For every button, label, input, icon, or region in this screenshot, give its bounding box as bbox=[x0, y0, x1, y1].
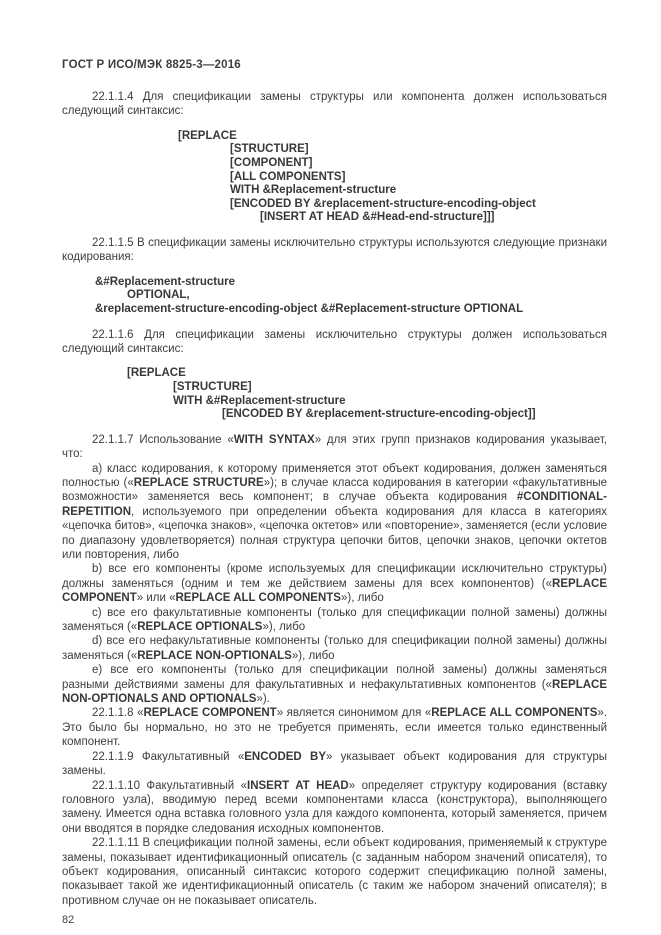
text-run: »), либо bbox=[292, 650, 335, 662]
text-run: 22.1.1.6 Для спецификации замены исключи… bbox=[62, 329, 607, 355]
keyword: REPLACE COMPONENT bbox=[143, 707, 276, 719]
syntax-line: OPTIONAL, bbox=[62, 289, 607, 303]
keyword: REPLACE ALL COMPONENTS bbox=[176, 592, 341, 604]
syntax-line: [STRUCTURE] bbox=[62, 381, 607, 395]
syntax-replace-structure-only: [REPLACE[STRUCTURE]WITH &#Replacement-st… bbox=[62, 367, 607, 421]
syntax-line: [INSERT AT HEAD &#Head-end-structure]]] bbox=[62, 211, 607, 225]
keyword: REPLACE OPTIONALS bbox=[137, 621, 262, 633]
coding-properties-block: &#Replacement-structureOPTIONAL,&replace… bbox=[62, 276, 607, 317]
text-run: »), либо bbox=[262, 621, 305, 633]
list-item-b: b) все его компоненты (кроме используемы… bbox=[62, 562, 607, 605]
clause-22-1-1-11: 22.1.1.11 В спецификации полной замены, … bbox=[62, 836, 607, 908]
syntax-line: [STRUCTURE] bbox=[62, 143, 607, 157]
syntax-line: [ENCODED BY &replacement-structure-encod… bbox=[62, 198, 607, 212]
document-content: 22.1.1.4 Для спецификации замены структу… bbox=[62, 90, 607, 908]
keyword: WITH SYNTAX bbox=[234, 434, 315, 446]
list-item-e: e) все его компоненты (только для специф… bbox=[62, 663, 607, 706]
text-run: b) все его компоненты (кроме используемы… bbox=[62, 563, 607, 589]
keyword: REPLACE STRUCTURE bbox=[134, 477, 264, 489]
text-run: 22.1.1.11 В спецификации полной замены, … bbox=[62, 837, 607, 907]
syntax-line: [REPLACE bbox=[62, 367, 607, 381]
text-run: 22.1.1.5 В спецификации замены исключите… bbox=[62, 237, 607, 263]
syntax-line: WITH &#Replacement-structure bbox=[62, 395, 607, 409]
syntax-line: [COMPONENT] bbox=[62, 157, 607, 171]
clause-22-1-1-6: 22.1.1.6 Для спецификации замены исключи… bbox=[62, 328, 607, 357]
clause-22-1-1-8: 22.1.1.8 «REPLACE COMPONENT» является си… bbox=[62, 706, 607, 749]
syntax-line: WITH &Replacement-structure bbox=[62, 184, 607, 198]
text-run: 22.1.1.10 Факультативный « bbox=[92, 780, 247, 792]
syntax-line: [ALL COMPONENTS] bbox=[62, 171, 607, 185]
clause-22-1-1-7: 22.1.1.7 Использование «WITH SYNTAX» для… bbox=[62, 433, 607, 462]
page-number: 82 bbox=[62, 914, 607, 926]
keyword: ENCODED BY bbox=[244, 751, 326, 763]
clause-22-1-1-10: 22.1.1.10 Факультативный «INSERT AT HEAD… bbox=[62, 779, 607, 837]
syntax-line: &#Replacement-structure bbox=[62, 276, 607, 290]
syntax-replace-structure-component: [REPLACE[STRUCTURE][COMPONENT][ALL COMPO… bbox=[62, 130, 607, 225]
syntax-line: [ENCODED BY &replacement-structure-encod… bbox=[62, 408, 607, 422]
text-run: 22.1.1.4 Для спецификации замены структу… bbox=[62, 91, 607, 117]
syntax-line: [REPLACE bbox=[62, 130, 607, 144]
keyword: INSERT AT HEAD bbox=[247, 780, 349, 792]
list-item-a: a) класс кодирования, к которому применя… bbox=[62, 462, 607, 563]
list-item-d: d) все его нефакультативные компоненты (… bbox=[62, 634, 607, 663]
list-item-c: c) все его факультативные компоненты (то… bbox=[62, 606, 607, 635]
syntax-line: &replacement-structure-encoding-object &… bbox=[62, 303, 607, 317]
text-run: »), либо bbox=[341, 592, 384, 604]
document-page: ГОСТ Р ИСО/МЭК 8825-3—2016 22.1.1.4 Для … bbox=[0, 0, 661, 935]
text-run: e) все его компоненты (только для специф… bbox=[62, 664, 607, 690]
text-run: » или « bbox=[137, 592, 176, 604]
text-run: 22.1.1.8 « bbox=[92, 707, 143, 719]
keyword: REPLACE ALL COMPONENTS bbox=[431, 707, 597, 719]
text-run: 22.1.1.9 Факультативный « bbox=[92, 751, 244, 763]
text-run: » является синонимом для « bbox=[277, 707, 432, 719]
keyword: REPLACE NON-OPTIONALS bbox=[137, 650, 292, 662]
text-run: 22.1.1.7 Использование « bbox=[92, 434, 234, 446]
clause-22-1-1-4: 22.1.1.4 Для спецификации замены структу… bbox=[62, 90, 607, 119]
text-run: , используемого при определении объекта … bbox=[62, 506, 607, 561]
document-header: ГОСТ Р ИСО/МЭК 8825-3—2016 bbox=[62, 59, 607, 71]
clause-22-1-1-9: 22.1.1.9 Факультативный «ENCODED BY» ука… bbox=[62, 750, 607, 779]
clause-22-1-1-5: 22.1.1.5 В спецификации замены исключите… bbox=[62, 236, 607, 265]
text-run: »). bbox=[256, 693, 269, 705]
